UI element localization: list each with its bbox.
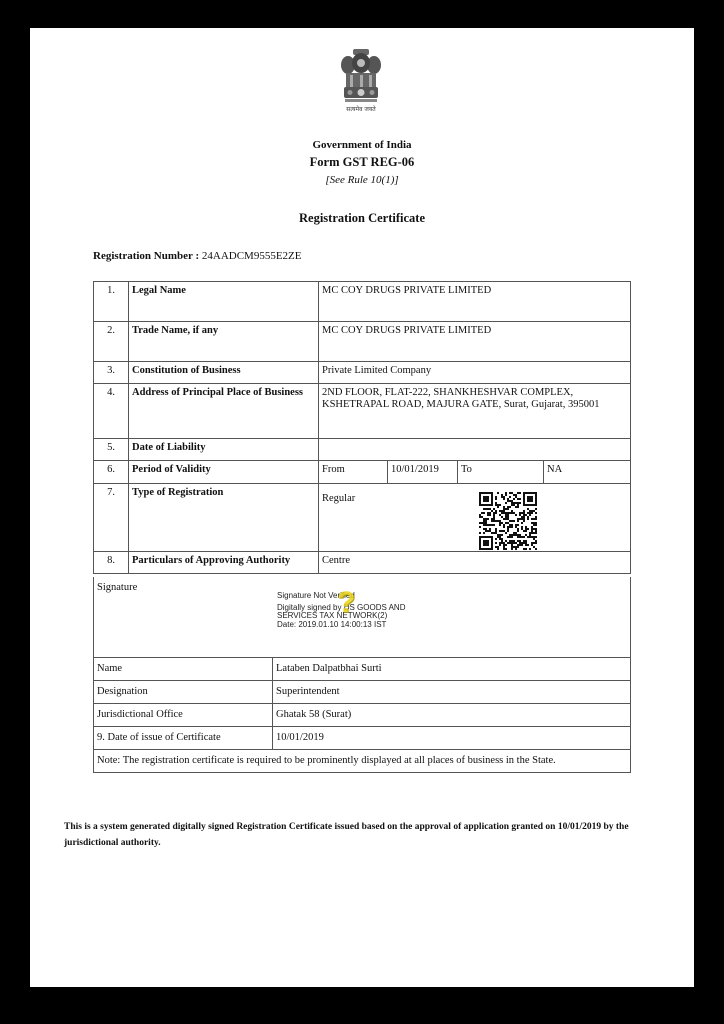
row-label: Constitution of Business <box>129 362 319 384</box>
officer-table: Name Lataben Dalpatbhai Surti Designatio… <box>93 657 631 773</box>
officer-name-value: Lataben Dalpatbhai Surti <box>273 658 631 681</box>
approving-authority-value: Centre <box>319 552 631 574</box>
registration-number: Registration Number : 24AADCM9555E2ZE <box>93 250 301 262</box>
date-of-liability-value <box>319 439 631 461</box>
validity-to-label: To <box>458 461 544 484</box>
row-number: 8. <box>94 552 129 574</box>
row-label: Trade Name, if any <box>129 322 319 362</box>
table-row: Name Lataben Dalpatbhai Surti <box>94 658 631 681</box>
display-note: Note: The registration certificate is re… <box>94 750 631 773</box>
qr-code-icon <box>479 492 537 550</box>
row-label: Legal Name <box>129 282 319 322</box>
table-row: 6. Period of Validity From 10/01/2019 To… <box>94 461 631 484</box>
row-number: 6. <box>94 461 129 484</box>
row-number: 3. <box>94 362 129 384</box>
table-row: 3. Constitution of Business Private Limi… <box>94 362 631 384</box>
form-title: Form GST REG-06 <box>0 155 724 170</box>
government-heading: Government of India <box>0 139 724 151</box>
rule-reference: [See Rule 10(1)] <box>0 174 724 186</box>
table-row: 9. Date of issue of Certificate 10/01/20… <box>94 727 631 750</box>
designation-value: Superintendent <box>273 681 631 704</box>
row-number: 5. <box>94 439 129 461</box>
validity-from-label: From <box>319 461 388 484</box>
table-row: 8. Particulars of Approving Authority Ce… <box>94 552 631 574</box>
row-label: Address of Principal Place of Business <box>129 384 319 439</box>
registration-number-label: Registration Number : <box>93 250 199 262</box>
question-mark-icon[interactable]: ? <box>337 586 355 620</box>
constitution-value: Private Limited Company <box>319 362 631 384</box>
row-number: 1. <box>94 282 129 322</box>
table-row: 2. Trade Name, if any MC COY DRUGS PRIVA… <box>94 322 631 362</box>
jurisdictional-office-label: Jurisdictional Office <box>94 704 273 727</box>
table-row: 7. Type of Registration Regular <box>94 484 631 552</box>
emblem-motto: सत्यमेव जयते <box>330 105 392 113</box>
row-number: 7. <box>94 484 129 552</box>
system-generated-notice: This is a system generated digitally sig… <box>64 819 664 851</box>
row-label: Particulars of Approving Authority <box>129 552 319 574</box>
table-row: 5. Date of Liability <box>94 439 631 461</box>
validity-from-value: 10/01/2019 <box>388 461 458 484</box>
address-value: 2ND FLOOR, FLAT-222, SHANKHESHVAR COMPLE… <box>319 384 631 439</box>
row-number: 2. <box>94 322 129 362</box>
officer-name-label: Name <box>94 658 273 681</box>
row-label: Date of Liability <box>129 439 319 461</box>
row-label: Period of Validity <box>129 461 319 484</box>
issue-date-value: 10/01/2019 <box>273 727 631 750</box>
page-title: Registration Certificate <box>0 211 724 226</box>
designation-label: Designation <box>94 681 273 704</box>
jurisdictional-office-value: Ghatak 58 (Surat) <box>273 704 631 727</box>
table-row: 1. Legal Name MC COY DRUGS PRIVATE LIMIT… <box>94 282 631 322</box>
signature-block: Signature Signature Not Verified Digital… <box>93 577 631 658</box>
table-row: Designation Superintendent <box>94 681 631 704</box>
row-label: Type of Registration <box>129 484 319 552</box>
row-number: 4. <box>94 384 129 439</box>
table-row: Jurisdictional Office Ghatak 58 (Surat) <box>94 704 631 727</box>
signature-date: Date: 2019.01.10 14:00:13 IST <box>277 621 406 630</box>
table-row: Note: The registration certificate is re… <box>94 750 631 773</box>
trade-name-value: MC COY DRUGS PRIVATE LIMITED <box>319 322 631 362</box>
legal-name-value: MC COY DRUGS PRIVATE LIMITED <box>319 282 631 322</box>
issue-date-label: 9. Date of issue of Certificate <box>94 727 273 750</box>
table-row: 4. Address of Principal Place of Busines… <box>94 384 631 439</box>
signature-label: Signature <box>97 582 137 593</box>
validity-to-value: NA <box>544 461 631 484</box>
registration-number-value: 24AADCM9555E2ZE <box>202 250 302 262</box>
ashoka-emblem-icon: सत्यमेव जयते <box>336 47 386 119</box>
details-table: 1. Legal Name MC COY DRUGS PRIVATE LIMIT… <box>93 281 631 574</box>
registration-type-value: Regular <box>319 484 631 552</box>
